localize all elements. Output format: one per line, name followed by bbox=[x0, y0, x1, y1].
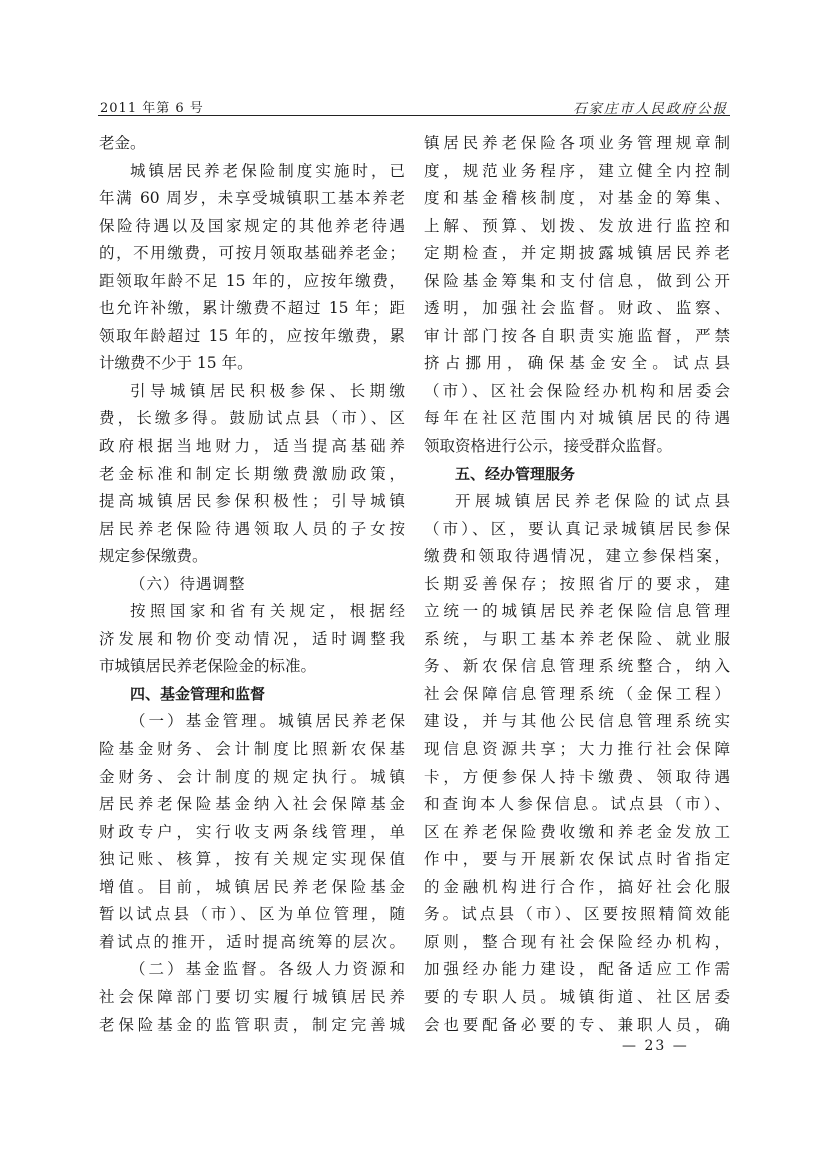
text-line: 社会保障信息管理系统（金保工程） bbox=[424, 681, 730, 709]
text-line: 城镇居民养老保险制度实施时，已 bbox=[99, 158, 405, 186]
text-line: 缴费和领取待遇情况，建立参保档案， bbox=[424, 543, 730, 571]
text-line: 引导城镇居民积极参保、长期缴 bbox=[99, 378, 405, 406]
text-line: （一）基金管理。城镇居民养老保 bbox=[99, 708, 405, 736]
text-line: 原则，整合现有社会保险经办机构， bbox=[424, 929, 730, 957]
text-line: 透明，加强社会监督。财政、监察、 bbox=[424, 295, 730, 323]
text-line: 的，不用缴费，可按月领取基础养老金； bbox=[99, 240, 405, 268]
text-line: 审计部门按各自职责实施监督，严禁 bbox=[424, 323, 730, 351]
text-line: 提高城镇居民参保积极性；引导城镇 bbox=[99, 488, 405, 516]
text-line: 规定参保缴费。 bbox=[99, 543, 405, 571]
text-line: 会也要配备必要的专、兼职人员，确 bbox=[424, 1012, 730, 1040]
text-line: 保险基金筹集和支付信息，做到公开 bbox=[424, 268, 730, 296]
section-heading: 五、经办管理服务 bbox=[424, 461, 730, 489]
text-line: 立统一的城镇居民养老保险信息管理 bbox=[424, 598, 730, 626]
text-line: 的金融机构进行合作，搞好社会化服 bbox=[424, 874, 730, 902]
text-line: 建设，并与其他公民信息管理系统实 bbox=[424, 708, 730, 736]
text-line: 年满 60 周岁，未享受城镇职工基本养老 bbox=[99, 185, 405, 213]
text-line: 卡，方便参保人持卡缴费、领取待遇 bbox=[424, 764, 730, 792]
text-line: 财政专户，实行收支两条线管理，单 bbox=[99, 819, 405, 847]
text-line: 务。试点县（市）、区要按照精简效能 bbox=[424, 901, 730, 929]
text-line: 开展城镇居民养老保险的试点县 bbox=[424, 488, 730, 516]
text-line: 系统，与职工基本养老保险、就业服 bbox=[424, 626, 730, 654]
text-line: 济发展和物价变动情况，适时调整我 bbox=[99, 626, 405, 654]
text-line: 居民养老保险待遇领取人员的子女按 bbox=[99, 516, 405, 544]
text-line: 加强经办能力建设，配备适应工作需 bbox=[424, 956, 730, 984]
text-line: 保险待遇以及国家规定的其他养老待遇 bbox=[99, 213, 405, 241]
text-line: 按照国家和省有关规定，根据经 bbox=[99, 598, 405, 626]
text-line: 社会保障部门要切实履行城镇居民养 bbox=[99, 984, 405, 1012]
text-line: 也允许补缴，累计缴费不超过 15 年；距 bbox=[99, 295, 405, 323]
text-line: 镇居民养老保险各项业务管理规章制 bbox=[424, 130, 730, 158]
text-line: 度，规范业务程序，建立健全内控制 bbox=[424, 158, 730, 186]
text-line: 险基金财务、会计制度比照新农保基 bbox=[99, 736, 405, 764]
text-line: 着试点的推开，适时提高统筹的层次。 bbox=[99, 929, 405, 957]
text-line: 领取年龄超过 15 年的，应按年缴费，累 bbox=[99, 323, 405, 351]
text-line: 定期检查，并定期披露城镇居民养老 bbox=[424, 240, 730, 268]
text-line: 暂以试点县（市）、区为单位管理，随 bbox=[99, 901, 405, 929]
text-line: 和查询本人参保信息。试点县（市）、 bbox=[424, 791, 730, 819]
text-line: 距领取年龄不足 15 年的，应按年缴费， bbox=[99, 268, 405, 296]
text-line: 费，长缴多得。鼓励试点县（市）、区 bbox=[99, 405, 405, 433]
text-line: 要的专职人员。城镇街道、社区居委 bbox=[424, 984, 730, 1012]
text-line: 老金。 bbox=[99, 130, 405, 158]
text-line: （市）、区社会保险经办机构和居委会 bbox=[424, 378, 730, 406]
publication-title: 石家庄市人民政府公报 bbox=[573, 97, 728, 117]
page-number: — 23 — bbox=[622, 1038, 689, 1054]
text-line: 长期妥善保存；按照省厅的要求，建 bbox=[424, 571, 730, 599]
text-line: 作中，要与开展新农保试点时省指定 bbox=[424, 846, 730, 874]
text-line: （二）基金监督。各级人力资源和 bbox=[99, 956, 405, 984]
section-heading: （六）待遇调整 bbox=[99, 571, 405, 599]
text-line: 每年在社区范围内对城镇居民的待遇 bbox=[424, 405, 730, 433]
text-line: 增值。目前，城镇居民养老保险基金 bbox=[99, 874, 405, 902]
text-line: 老金标准和制定长期缴费激励政策， bbox=[99, 461, 405, 489]
text-line: 上解、预算、划拨、发放进行监控和 bbox=[424, 213, 730, 241]
text-line: 金财务、会计制度的规定执行。城镇 bbox=[99, 764, 405, 792]
text-line: 老保险基金的监管职责，制定完善城 bbox=[99, 1012, 405, 1040]
section-heading: 四、基金管理和监督 bbox=[99, 681, 405, 709]
text-line: 现信息资源共享；大力推行社会保障 bbox=[424, 736, 730, 764]
text-line: （市）、区，要认真记录城镇居民参保 bbox=[424, 516, 730, 544]
text-line: 居民养老保险基金纳入社会保障基金 bbox=[99, 791, 405, 819]
text-line: 独记账、核算，按有关规定实现保值 bbox=[99, 846, 405, 874]
text-line: 市城镇居民养老保险金的标准。 bbox=[99, 653, 405, 681]
text-line: 领取资格进行公示，接受群众监督。 bbox=[424, 433, 730, 461]
text-line: 区在养老保险费收缴和养老金发放工 bbox=[424, 819, 730, 847]
text-column-left: 老金。城镇居民养老保险制度实施时，已年满 60 周岁，未享受城镇职工基本养老保险… bbox=[99, 130, 405, 1039]
running-header: 2011 年第 6 号 石家庄市人民政府公报 bbox=[98, 95, 730, 116]
text-line: 政府根据当地财力，适当提高基础养 bbox=[99, 433, 405, 461]
issue-label: 2011 年第 6 号 bbox=[100, 97, 204, 116]
text-line: 计缴费不少于 15 年。 bbox=[99, 350, 405, 378]
text-line: 挤占挪用，确保基金安全。试点县 bbox=[424, 350, 730, 378]
text-column-right: 镇居民养老保险各项业务管理规章制度，规范业务程序，建立健全内控制度和基金稽核制度… bbox=[424, 130, 730, 1039]
text-line: 度和基金稽核制度，对基金的筹集、 bbox=[424, 185, 730, 213]
text-line: 务、新农保信息管理系统整合，纳入 bbox=[424, 653, 730, 681]
